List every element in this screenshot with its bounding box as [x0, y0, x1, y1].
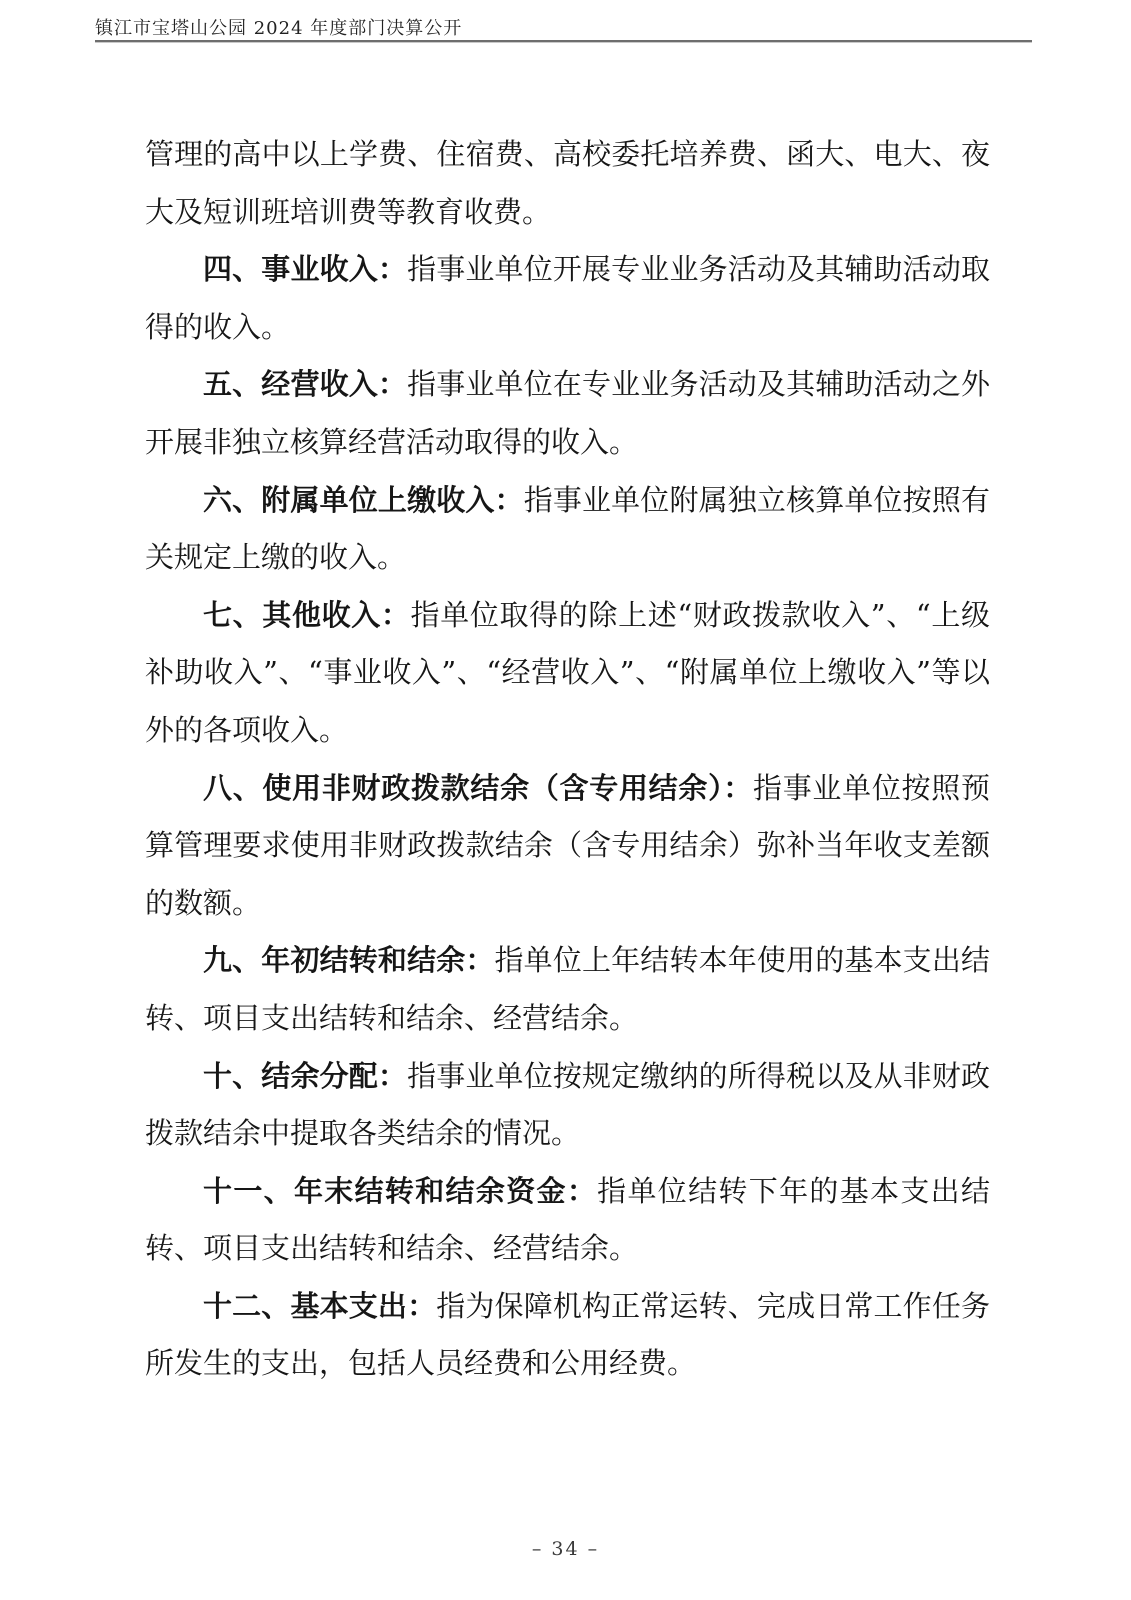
paragraph-text: 管理的高中以上学费、住宿费、高校委托培养费、函大、电大、夜大及短训班培训费等教育…: [145, 137, 990, 229]
page-number: – 34 –: [0, 1538, 1131, 1560]
paragraph-lead: 十、结余分配：: [203, 1059, 407, 1093]
page-header-title: 镇江市宝塔山公园 2024 年度部门决算公开: [95, 14, 462, 40]
paragraph-lead: 四、事业收入：: [203, 252, 407, 286]
paragraph-item-11: 十一、年末结转和结余资金：指单位结转下年的基本支出结转、项目支出结转和结余、经营…: [145, 1163, 990, 1278]
document-body: 管理的高中以上学费、住宿费、高校委托培养费、函大、电大、夜大及短训班培训费等教育…: [145, 126, 990, 1393]
paragraph-continuation: 管理的高中以上学费、住宿费、高校委托培养费、函大、电大、夜大及短训班培训费等教育…: [145, 126, 990, 241]
header-divider: [95, 40, 1032, 42]
paragraph-item-10: 十、结余分配：指事业单位按规定缴纳的所得税以及从非财政拨款结余中提取各类结余的情…: [145, 1048, 990, 1163]
paragraph-lead: 九、年初结转和结余：: [203, 943, 495, 977]
paragraph-item-4: 四、事业收入：指事业单位开展专业业务活动及其辅助活动取得的收入。: [145, 241, 990, 356]
paragraph-item-5: 五、经营收入：指事业单位在专业业务活动及其辅助活动之外开展非独立核算经营活动取得…: [145, 356, 990, 471]
paragraph-item-9: 九、年初结转和结余：指单位上年结转本年使用的基本支出结转、项目支出结转和结余、经…: [145, 932, 990, 1047]
paragraph-lead: 十一、年末结转和结余资金：: [203, 1174, 597, 1208]
paragraph-item-7: 七、其他收入：指单位取得的除上述“财政拨款收入”、“上级补助收入”、“事业收入”…: [145, 587, 990, 760]
paragraph-lead: 八、使用非财政拨款结余（含专用结余）：: [203, 771, 753, 805]
paragraph-lead: 十二、基本支出：: [203, 1289, 436, 1323]
paragraph-item-12: 十二、基本支出：指为保障机构正常运转、完成日常工作任务所发生的支出，包括人员经费…: [145, 1278, 990, 1393]
paragraph-item-6: 六、附属单位上缴收入：指事业单位附属独立核算单位按照有关规定上缴的收入。: [145, 472, 990, 587]
document-page: 镇江市宝塔山公园 2024 年度部门决算公开 管理的高中以上学费、住宿费、高校委…: [0, 0, 1131, 1600]
paragraph-lead: 六、附属单位上缴收入：: [203, 483, 524, 517]
paragraph-lead: 七、其他收入：: [203, 598, 411, 632]
paragraph-lead: 五、经营收入：: [203, 367, 407, 401]
paragraph-item-8: 八、使用非财政拨款结余（含专用结余）：指事业单位按照预算管理要求使用非财政拨款结…: [145, 760, 990, 933]
